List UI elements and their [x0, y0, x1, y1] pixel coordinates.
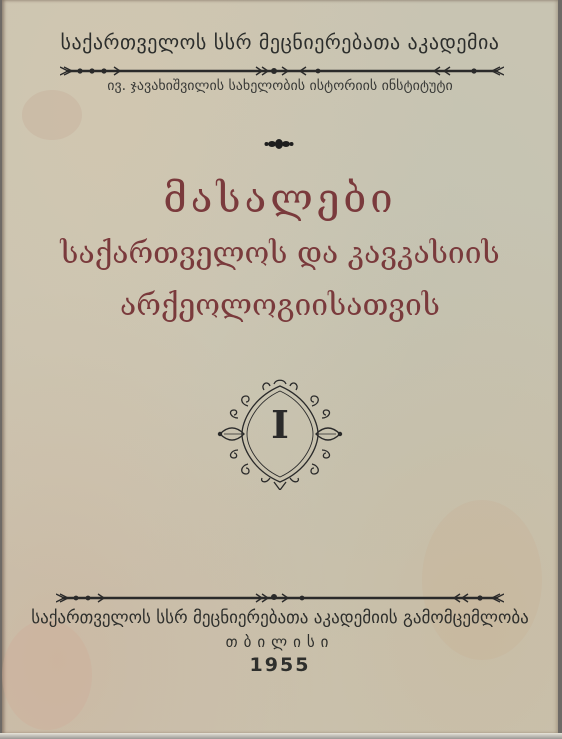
- ornamental-rule-icon: [60, 65, 504, 77]
- volume-number: I: [214, 402, 346, 447]
- title-main: მასალები: [2, 176, 558, 222]
- academy-name: საქართველოს სსრ მეცნიერებათა აკადემია: [2, 30, 558, 54]
- ornamental-rule-icon: [56, 592, 504, 604]
- title-line-2: საქართველოს და კავკასიის: [2, 236, 558, 271]
- book-cover: საქართველოს სსრ მეცნიერებათა აკადემია ივ…: [2, 0, 558, 734]
- publisher-name: საქართველოს სსრ მეცნიერებათა აკადემიის გ…: [2, 608, 558, 628]
- paper-stain: [22, 90, 82, 140]
- fleuron-icon: [264, 138, 294, 150]
- publication-city: თბილისი: [2, 633, 558, 651]
- title-line-3: არქეოლოგიისათვის: [2, 288, 558, 323]
- institute-name: ივ. ჯავახიშვილის სახელობის ისტორიის ინსტ…: [2, 78, 558, 94]
- page-edge: [0, 733, 562, 739]
- publication-year: 1955: [2, 654, 558, 676]
